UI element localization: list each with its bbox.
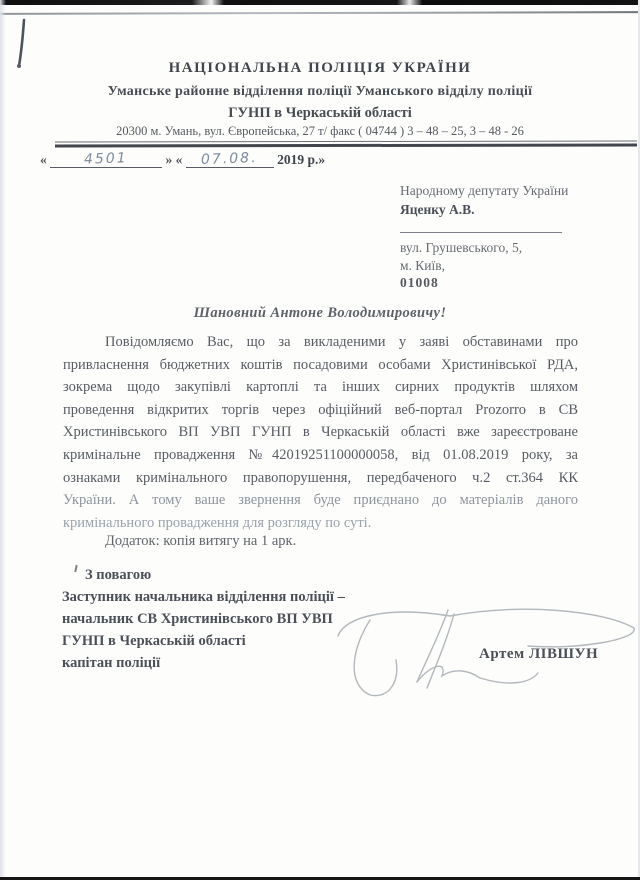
org-address-line: 20300 м. Умань, вул. Європейська, 27 т/ … [0, 124, 640, 139]
paragraph-line: Христинівського ВП УВП ГУНП в Черкаській… [63, 421, 578, 444]
reference-number-blank: 4501 [50, 151, 162, 168]
paragraph-line: кримінального провадження для розгляду п… [63, 512, 578, 535]
signoff-regards: З повагою [85, 564, 392, 586]
letterhead-divider [55, 140, 637, 147]
scan-edge-top [0, 0, 640, 5]
recipient-city: м. Київ, [400, 257, 630, 275]
paragraph-line: ознаками кримінального правопорушення, п… [63, 467, 578, 490]
org-name-line1: НАЦІОНАЛЬНА ПОЛІЦІЯ УКРАЇНИ [0, 60, 640, 77]
paragraph-line: проведення відкритих торгів через офіцій… [63, 399, 578, 422]
reference-number-handwritten: 4501 [84, 150, 128, 168]
recipient-name: Яценку А.В. [400, 201, 630, 219]
reference-line: « 4501 » « 07.08. 2019 р.» [40, 151, 325, 168]
recipient-title: Народному депутату України [400, 182, 630, 200]
reference-date-handwritten: 07.08. [201, 150, 258, 168]
attachment-note: Додаток: копія витягу на 1 арк. [105, 533, 296, 550]
reference-date-blank: 07.08. [186, 151, 274, 168]
org-name-line2: Уманське районне відділення поліції Уман… [0, 84, 640, 100]
paragraph-line: привласнення бюджетних коштів посадовими… [63, 354, 578, 377]
signer-name: Артем ЛІВШУН [479, 646, 598, 663]
scan-fold-line [0, 11, 640, 15]
reference-year: 2019 р.» [277, 152, 325, 167]
scanned-letter-page: НАЦІОНАЛЬНА ПОЛІЦІЯ УКРАЇНИ Уманське рай… [0, 0, 640, 880]
paragraph-line: України. А тому ваше звернення буде приє… [63, 489, 578, 512]
paragraph-line: кримінальне провадження №420192511000000… [63, 444, 578, 467]
recipient-postal-code: 01008 [400, 274, 630, 292]
reference-open-quote: « [40, 152, 47, 167]
paragraph-line: зокрема щодо закупівлі картоплі та інших… [63, 376, 578, 399]
reference-middle-quotes: » « [166, 152, 183, 167]
recipient-block: Народному депутату України Яценку А.В. в… [400, 182, 630, 292]
recipient-divider [400, 232, 562, 233]
paragraph-line: Повідомляємо Вас, що за викладеними у за… [63, 331, 578, 354]
org-name-line3: ГУНП в Черкаській області [0, 105, 640, 122]
recipient-street: вул. Грушевського, 5, [400, 239, 630, 257]
salutation: Шановний Антоне Володимировичу! [0, 305, 640, 322]
body-paragraph: Повідомляємо Вас, що за викладеними у за… [63, 331, 578, 534]
